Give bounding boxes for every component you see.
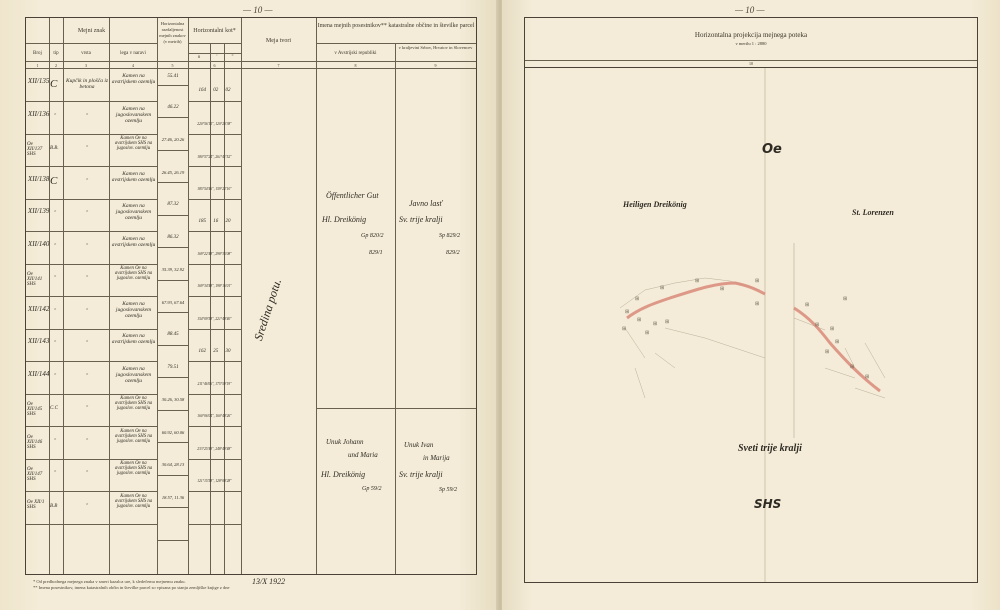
- svg-text:⊞: ⊞: [755, 301, 759, 307]
- position-header: lega v naravi: [109, 50, 157, 57]
- owner-shs-municipality: Sv. trije kralji: [399, 215, 443, 224]
- mark-position: Kamen na avstrijskem ozemlju: [111, 236, 156, 248]
- mark-angle: 162 25 30: [188, 349, 241, 354]
- mark-kind: ": [86, 146, 88, 151]
- projection-title: Horizontalna projekcija mejnega poteka: [525, 31, 977, 39]
- mark-number: XII/140: [28, 240, 48, 248]
- col-number: 9: [395, 62, 476, 69]
- austria-header: v Avstrijski republiki: [316, 50, 395, 57]
- mark-position: Kamen Oe na avstrijskem SHS na jugoslov.…: [111, 396, 156, 411]
- mark-type: ": [54, 114, 56, 119]
- mark-kind: ": [86, 211, 88, 216]
- mark-distance: 26.45, 26.19: [158, 170, 188, 175]
- mark-number: Oe XII/147 SHS: [27, 467, 49, 482]
- mark-number: Oe XII/146 SHS: [27, 435, 49, 450]
- owner-austria-name: Unuk Johann: [326, 438, 364, 446]
- mark-kind: ": [86, 504, 88, 509]
- svg-text:⊞: ⊞: [720, 286, 724, 292]
- mark-type: B.B.: [50, 146, 59, 151]
- mark-kind: ": [86, 276, 88, 281]
- mark-distance: 30.64, 28.13: [158, 462, 188, 467]
- mark-number: Oe XII/137 SHS: [27, 142, 49, 157]
- distance-header: Horizontalna razdaljenost mejnih znakov …: [157, 21, 188, 45]
- angle-deg-header: o: [188, 54, 210, 61]
- svg-text:⊞: ⊞: [625, 309, 629, 315]
- mark-distance: 35.39, 32.92: [158, 267, 188, 272]
- mark-angle: 121°15'58", 128°08'28": [188, 479, 241, 483]
- mark-position: Kamen na jugoslovanskem ozemlju: [111, 203, 156, 221]
- boundary-header: Meja tvori: [241, 38, 316, 45]
- boundary-mark-header: Mejni znak: [26, 28, 157, 35]
- mark-angle: 169°34'48", 198°16'01": [188, 284, 241, 288]
- mark-angle: 233°25'49", 248°49'48": [188, 447, 241, 451]
- mark-type: C.C: [50, 406, 58, 411]
- mark-kind: Kupčik in plošča iz betona: [65, 78, 109, 90]
- svg-text:⊞: ⊞: [805, 302, 809, 308]
- mark-position: Kamen Oe na avstrijskem SHS na jugoslov.…: [111, 266, 156, 281]
- mark-position: Kamen na jugoslovanskem ozemlju: [111, 366, 156, 384]
- col-number: 8: [316, 62, 395, 69]
- owner-shs-name: Unuk Ivan: [404, 441, 433, 449]
- mark-position: Kamen na avstrijskem ozemlju: [111, 333, 156, 345]
- col-number: 10: [525, 61, 977, 66]
- owner-austria-municipality: Hl. Dreikönig: [321, 470, 365, 479]
- col-number: 5: [157, 62, 188, 69]
- svg-text:⊞: ⊞: [653, 321, 657, 327]
- mark-distance: 30.26, 30.58: [158, 397, 188, 402]
- mark-position: Kamen na jugoslovanskem ozemlju: [111, 301, 156, 319]
- mark-type: ": [54, 309, 56, 314]
- mark-kind: ": [86, 114, 88, 119]
- mark-distance: 88.45: [158, 332, 188, 337]
- owners-header: Imena mejnih posestnikov** katastralne o…: [316, 23, 476, 30]
- mark-angle: 185 16 20: [188, 219, 241, 224]
- mark-kind: ": [86, 439, 88, 444]
- mark-number: Oe XII/145 SHS: [27, 402, 49, 417]
- owner-shs-parcel: Sp 59/2: [439, 487, 457, 493]
- svg-text:⊞: ⊞: [645, 330, 649, 336]
- mark-number: Oe XII/1 SHS: [27, 500, 49, 510]
- mark-type: C: [50, 175, 57, 187]
- svg-text:⊞: ⊞: [843, 296, 847, 302]
- svg-text:⊞: ⊞: [622, 326, 626, 332]
- footnote-2: ** Imena posestnikov, imena katastralnih…: [33, 585, 230, 590]
- mark-distance: 60.92, 60.06: [158, 430, 188, 435]
- svg-text:⊞: ⊞: [850, 364, 854, 370]
- mark-kind: ": [86, 406, 88, 411]
- mark-number: XII/136: [28, 110, 48, 118]
- mark-kind: ": [86, 309, 88, 314]
- svg-text:⊞: ⊞: [865, 374, 869, 380]
- mark-type: ": [54, 439, 56, 444]
- owner-austria-municipality: Hl. Dreikönig: [322, 215, 366, 224]
- mark-position: Kamen Oe na avstrijskem SHS na jugoslov.…: [111, 429, 156, 444]
- svg-text:⊞: ⊞: [825, 349, 829, 355]
- mark-type: ": [54, 244, 56, 249]
- shs-header: v kraljevini Srbov, Hrvatov in Slovencev: [395, 45, 476, 51]
- mark-position: Kamen Oe na avstrijskem SHS na jugoslov.…: [111, 461, 156, 476]
- mark-number: XII/142: [28, 305, 48, 313]
- mark-angle: 180°57'24", 261°41'52": [188, 155, 241, 159]
- map-label-oe: Oe: [762, 142, 782, 157]
- col-number: 7: [241, 62, 316, 69]
- page-number: — 10 —: [243, 5, 273, 15]
- kind-header: vrsta: [63, 50, 109, 57]
- svg-text:⊞: ⊞: [815, 322, 819, 328]
- number-header: Broj: [26, 50, 49, 57]
- mark-kind: ": [86, 374, 88, 379]
- mark-number: XII/138: [28, 175, 48, 183]
- col-number: 6: [188, 62, 241, 69]
- mark-distance: 27.46, 20.26: [158, 137, 188, 142]
- owner-austria-parcel: Gp 820/2: [361, 233, 384, 239]
- col-number: 3: [63, 62, 109, 69]
- mark-angle: 169°22'48", 298°35'08": [188, 252, 241, 256]
- mark-type: ": [54, 276, 56, 281]
- col-number: 2: [49, 62, 63, 69]
- mark-angle: 164 02 02: [188, 88, 241, 93]
- owner-austria-parcel: 829/1: [369, 250, 383, 256]
- mark-distance: 18.57, 11.36: [158, 495, 188, 500]
- angle-sec-header: ": [224, 54, 241, 61]
- mark-distance: 67.93, 67.64: [158, 300, 188, 305]
- owner-austria-name: Öffentlicher Gut: [326, 191, 379, 200]
- map-label-sveti-trije-kralji: Sveti trije kralji: [738, 443, 802, 454]
- mark-type: ": [54, 341, 56, 346]
- mark-number: XII/144: [28, 370, 48, 378]
- mark-number: XII/143: [28, 337, 48, 345]
- mark-kind: ": [86, 341, 88, 346]
- angle-header: Horizontalni kot*: [188, 28, 241, 35]
- signature-date: 13/X 1922: [252, 577, 285, 586]
- projection-scale: v merilu 1 : 2880: [525, 41, 977, 46]
- mark-angle: 185°54'46", 159°22'10": [188, 187, 241, 191]
- mark-angle: 154°09'58", 221°48'40": [188, 317, 241, 321]
- boundary-description: Sredina potu.: [251, 277, 285, 343]
- map-label-shs: SHS: [754, 497, 781, 511]
- mark-number: XII/139: [28, 207, 48, 215]
- mark-type: C: [50, 78, 57, 90]
- owner-shs-name: in Marija: [423, 454, 450, 462]
- map-label-heiligen-dreikonig: Heiligen Dreikönig: [623, 200, 687, 209]
- svg-text:⊞: ⊞: [695, 278, 699, 284]
- map-label-st-lorenzen: St. Lorenzen: [852, 208, 894, 217]
- owner-shs-parcel: Sp 829/2: [439, 233, 460, 239]
- page-number: — 10 —: [735, 5, 765, 15]
- mark-kind: ": [86, 179, 88, 184]
- col-number: 4: [109, 62, 157, 69]
- type-header: tip: [49, 50, 63, 57]
- mark-position: Kamen na jugoslovanskem ozemlju: [111, 106, 156, 124]
- footnote-1: * Od predhodnega mejnega znaka v smeri k…: [33, 579, 186, 584]
- owner-shs-parcel: 829/2: [446, 250, 460, 256]
- boundary-map: ⊞⊞⊞ ⊞⊞⊞ ⊞⊞⊞ ⊞⊞⊞ ⊞⊞⊞ ⊞⊞⊞ ⊞⊞: [525, 68, 977, 582]
- mark-distance: 86.32: [158, 235, 188, 240]
- owner-shs-municipality: Sv. trije kralji: [399, 470, 443, 479]
- svg-text:⊞: ⊞: [835, 339, 839, 345]
- svg-text:⊞: ⊞: [665, 319, 669, 325]
- mark-distance: 79.51: [158, 365, 188, 370]
- svg-text:⊞: ⊞: [830, 326, 834, 332]
- owner-shs-name: Javno lasť: [409, 199, 442, 208]
- svg-text:⊞: ⊞: [637, 317, 641, 323]
- mark-kind: ": [86, 471, 88, 476]
- mark-type: ": [54, 211, 56, 216]
- mark-number: XII/135: [28, 77, 48, 85]
- angle-min-header: ': [210, 54, 224, 61]
- mark-type: ": [54, 374, 56, 379]
- mark-kind: ": [86, 244, 88, 249]
- mark-angle: 211°46'06", 175°59'19": [188, 382, 241, 386]
- left-page: — 10 — Mejni znak Broj tip vrsta lega v …: [0, 0, 498, 610]
- svg-text:⊞: ⊞: [755, 278, 759, 284]
- mark-position: Kamen na avstrijskem ozemlju: [111, 171, 156, 183]
- mark-type: B.B: [50, 504, 57, 509]
- mark-distance: 87.32: [158, 202, 188, 207]
- mark-distance: 55.41: [158, 74, 188, 79]
- mark-number: Oe XII/141 SHS: [27, 272, 49, 287]
- mark-position: Kamen Oe na avstrijskem SHS na jugoslov.…: [111, 136, 156, 151]
- horizontal-projection-frame: Horizontalna projekcija mejnega poteka v…: [524, 17, 978, 583]
- col-number: 1: [26, 62, 49, 69]
- mark-position: Kamen na avstrijskem ozemlju: [111, 73, 156, 85]
- mark-angle: 220°56'15", 120°20'38": [188, 122, 241, 126]
- mark-angle: 160°06'04", 160°48'26": [188, 414, 241, 418]
- svg-text:⊞: ⊞: [635, 296, 639, 302]
- mark-type: ": [54, 471, 56, 476]
- mark-position: Kamen Oe na avstrijskem SHS na jugoslov.…: [111, 494, 156, 509]
- owner-austria-name: und Maria: [348, 451, 378, 459]
- boundary-marks-table: Mejni znak Broj tip vrsta lega v naravi …: [25, 17, 477, 575]
- owner-austria-parcel: Gp 59/2: [362, 486, 382, 492]
- mark-distance: 46.22: [158, 105, 188, 110]
- svg-text:⊞: ⊞: [660, 285, 664, 291]
